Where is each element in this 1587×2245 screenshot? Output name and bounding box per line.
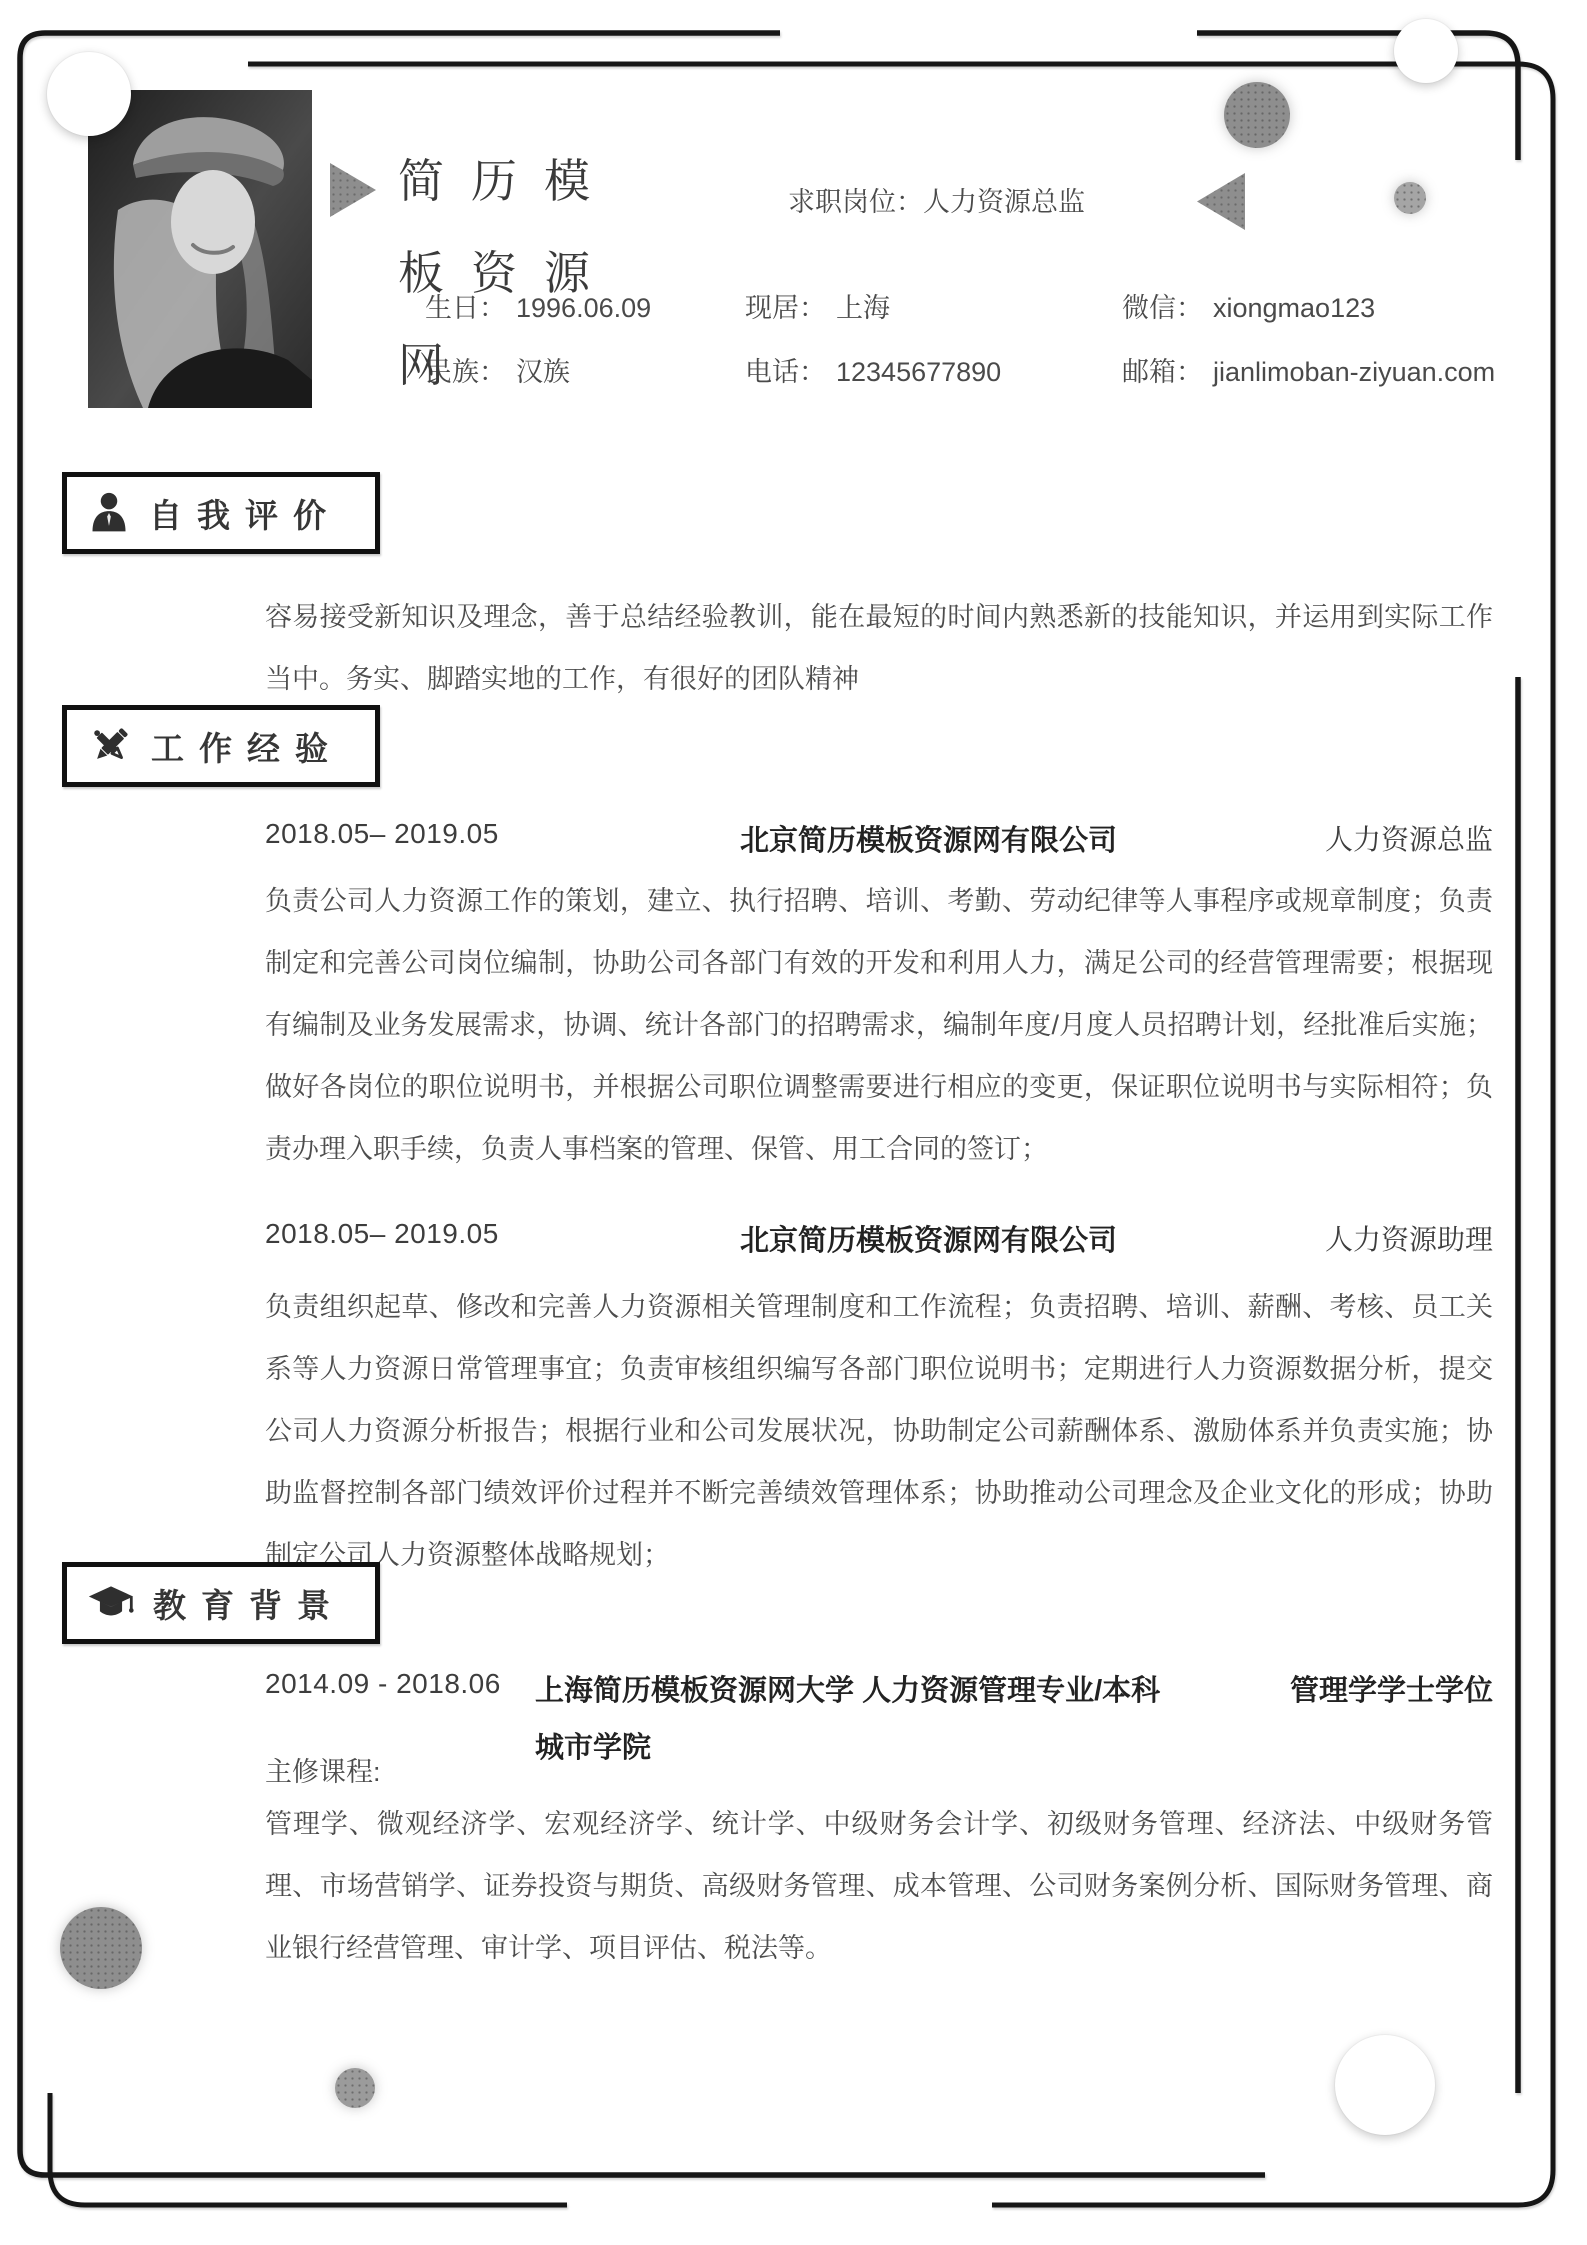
info-wechat-label: 微信： bbox=[1122, 293, 1203, 323]
decor-white-circle-bottom-right bbox=[1335, 2035, 1435, 2135]
graduation-cap-icon bbox=[87, 1583, 135, 1623]
decor-white-circle-top-right bbox=[1394, 19, 1458, 83]
info-email-label: 邮箱： bbox=[1122, 357, 1203, 387]
decor-dotted-circle-bottom-left bbox=[60, 1907, 142, 1989]
job-2-description: 负责组织起草、修改和完善人力资源相关管理制度和工作流程；负责招聘、培训、薪酬、考… bbox=[265, 1276, 1493, 1586]
decor-white-circle-top-left bbox=[47, 52, 131, 136]
info-email-value: jianlimoban-ziyuan.com bbox=[1213, 357, 1495, 387]
section-title-work-experience: 工作经验 bbox=[151, 723, 343, 770]
job-1-period: 2018.05– 2019.05 bbox=[265, 818, 499, 850]
info-wechat: 微信：xiongmao123 bbox=[1122, 286, 1375, 325]
job-2-period: 2018.05– 2019.05 bbox=[265, 1218, 499, 1250]
info-residence-label: 现居： bbox=[745, 293, 826, 323]
section-title-self-evaluation: 自我评价 bbox=[149, 490, 341, 537]
job-2-header: 2018.05– 2019.05 北京简历模板资源网有限公司 人力资源助理 bbox=[265, 1218, 1493, 1260]
resume-title-line-3: 网 bbox=[398, 342, 471, 388]
job-target-value: 人力资源总监 bbox=[923, 187, 1085, 217]
decor-small-dot-bottom bbox=[335, 2068, 375, 2108]
resume-title-line-1: 简历模 bbox=[398, 158, 617, 204]
education-school: 上海简历模板资源网大学 人力资源管理专业/本科 bbox=[535, 1668, 1160, 1709]
info-phone: 电话：12345677890 bbox=[745, 350, 1001, 389]
resume-title-line-2: 板资源 bbox=[398, 250, 617, 296]
decor-small-dot-top bbox=[1394, 182, 1426, 214]
job-1-description: 负责公司人力资源工作的策划，建立、执行招聘、培训、考勤、劳动纪律等人事程序或规章… bbox=[265, 870, 1493, 1180]
section-header-education: 教育背景 bbox=[62, 1562, 380, 1644]
person-icon bbox=[87, 490, 131, 536]
info-residence: 现居：上海 bbox=[745, 286, 890, 325]
section-header-work-experience: 工作经验 bbox=[62, 705, 380, 787]
resume-page: { "header": { "title_lines": ["简历模", "板资… bbox=[0, 0, 1587, 2245]
profile-photo bbox=[88, 90, 312, 408]
info-wechat-value: xiongmao123 bbox=[1213, 293, 1375, 323]
education-courses-label: 主修课程: bbox=[265, 1750, 381, 1789]
section-header-self-evaluation: 自我评价 bbox=[62, 472, 380, 554]
info-phone-value: 12345677890 bbox=[836, 357, 1001, 387]
job-1-header: 2018.05– 2019.05 北京简历模板资源网有限公司 人力资源总监 bbox=[265, 818, 1493, 860]
education-degree: 管理学学士学位 bbox=[1290, 1668, 1493, 1709]
crossed-pens-icon bbox=[87, 723, 133, 769]
section-title-education: 教育背景 bbox=[153, 1580, 345, 1627]
decor-dotted-circle-top bbox=[1224, 82, 1290, 148]
job-1-role: 人力资源总监 bbox=[1325, 818, 1493, 858]
job-target: 求职岗位：人力资源总监 bbox=[788, 180, 1085, 219]
self-evaluation-text: 容易接受新知识及理念，善于总结经验教训，能在最短的时间内熟悉新的技能知识，并运用… bbox=[265, 586, 1493, 710]
job-2-company: 北京简历模板资源网有限公司 bbox=[740, 1218, 1117, 1259]
info-email: 邮箱：jianlimoban-ziyuan.com bbox=[1122, 350, 1553, 389]
education-major: 人力资源管理专业/本科 bbox=[862, 1675, 1160, 1707]
info-ethnicity-value: 汉族 bbox=[516, 357, 570, 387]
education-college: 城市学院 bbox=[535, 1725, 651, 1766]
education-header: 2014.09 - 2018.06 上海简历模板资源网大学 人力资源管理专业/本… bbox=[265, 1668, 1493, 1710]
job-1-company: 北京简历模板资源网有限公司 bbox=[740, 818, 1117, 859]
job-2-role: 人力资源助理 bbox=[1325, 1218, 1493, 1258]
education-courses: 管理学、微观经济学、宏观经济学、统计学、中级财务会计学、初级财务管理、经济法、中… bbox=[265, 1793, 1493, 1979]
info-phone-label: 电话： bbox=[745, 357, 826, 387]
education-period: 2014.09 - 2018.06 bbox=[265, 1668, 501, 1700]
info-residence-value: 上海 bbox=[836, 293, 890, 323]
education-school-name: 上海简历模板资源网大学 bbox=[535, 1675, 854, 1707]
job-target-label: 求职岗位： bbox=[788, 187, 923, 217]
